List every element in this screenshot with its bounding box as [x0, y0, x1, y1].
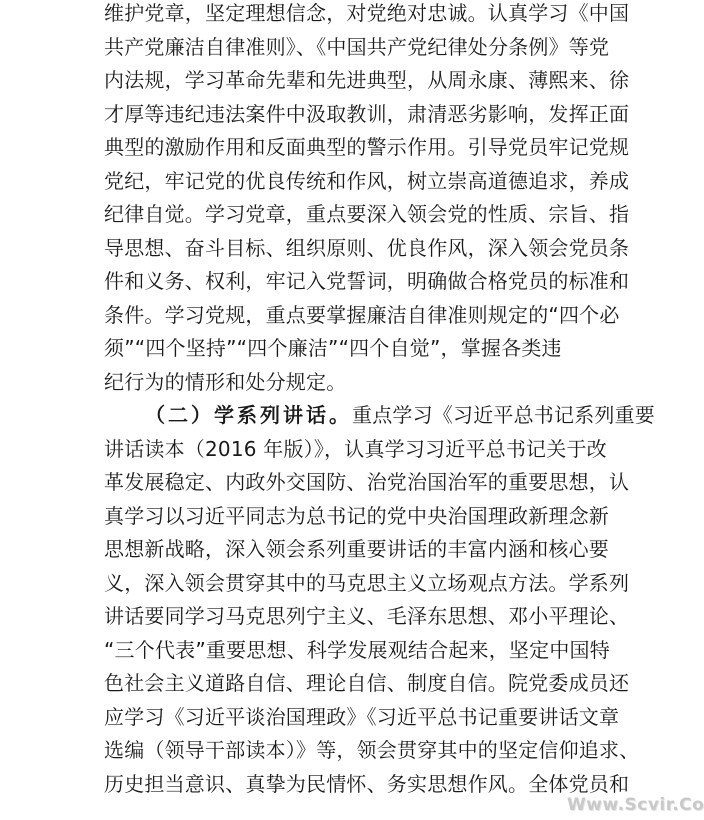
text-line: 纪律自觉。学习党章，重点要深入领会党的性质、宗旨、指 [104, 198, 604, 232]
text-line: 真学习以习近平同志为总书记的党中央治国理政新理念新 [104, 500, 604, 534]
site-watermark: Www.Scvir.Com [567, 795, 704, 815]
text-line: 才厚等违纪违法案件中汲取教训，肃清恶劣影响，发挥正面 [104, 98, 604, 132]
text-line: 件和义务、权利，牢记入党誓词，明确做合格党员的标准和 [104, 265, 604, 299]
text-line: 维护党章，坚定理想信念，对党绝对忠诚。认真学习《中国 [104, 0, 604, 31]
document-body: 维护党章，坚定理想信念，对党绝对忠诚。认真学习《中国 共产党廉洁自律准则》、《中… [104, 0, 604, 801]
text-line: 内法规，学习革命先辈和先进典型，从周永康、薄熙来、徐 [104, 64, 604, 98]
text-line: 典型的激励作用和反面典型的警示作用。引导党员牢记党规 [104, 131, 604, 165]
section-heading: （二）学系列讲话。 [145, 403, 352, 427]
text-line: 选编（领导干部读本）》等，领会贯穿其中的坚定信仰追求、 [104, 734, 604, 768]
text-line: 历史担当意识、真挚为民情怀、务实思想作风。全体党员和 [104, 768, 604, 802]
section-first-line: （二）学系列讲话。重点学习《习近平总书记系列重要 [104, 399, 604, 433]
text-line: 讲话读本（2016 年版）》，认真学习习近平总书记关于改 [104, 433, 604, 467]
text-line: 义，深入领会贯穿其中的马克思主义立场观点方法。学系列 [104, 567, 604, 601]
text-line: 应学习《习近平谈治国理政》《习近平总书记重要讲话文章 [104, 701, 604, 735]
section-first-line-text: 重点学习《习近平总书记系列重要 [352, 403, 655, 427]
text-line: 革发展稳定、内政外交国防、治党治国治军的重要思想，认 [104, 466, 604, 500]
text-line: 导思想、奋斗目标、组织原则、优良作风，深入领会党员条 [104, 232, 604, 266]
text-line: 讲话要同学习马克思列宁主义、毛泽东思想、邓小平理论、 [104, 600, 604, 634]
text-line: 纪行为的情形和处分规定。 [104, 366, 604, 400]
text-line: “三个代表”重要思想、科学发展观结合起来，坚定中国特 [104, 634, 604, 668]
text-line: 思想新战略，深入领会系列重要讲话的丰富内涵和核心要 [104, 533, 604, 567]
text-line: 党纪，牢记党的优良传统和作风，树立崇高道德追求，养成 [104, 165, 604, 199]
text-line: 共产党廉洁自律准则》、《中国共产党纪律处分条例》等党 [104, 31, 604, 65]
text-line: 色社会主义道路自信、理论自信、制度自信。院党委成员还 [104, 667, 604, 701]
text-line: 须”“四个坚持”“四个廉洁”“四个自觉”，掌握各类违 [104, 332, 604, 366]
text-line: 条件。学习党规，重点要掌握廉洁自律准则规定的“四个必 [104, 299, 604, 333]
